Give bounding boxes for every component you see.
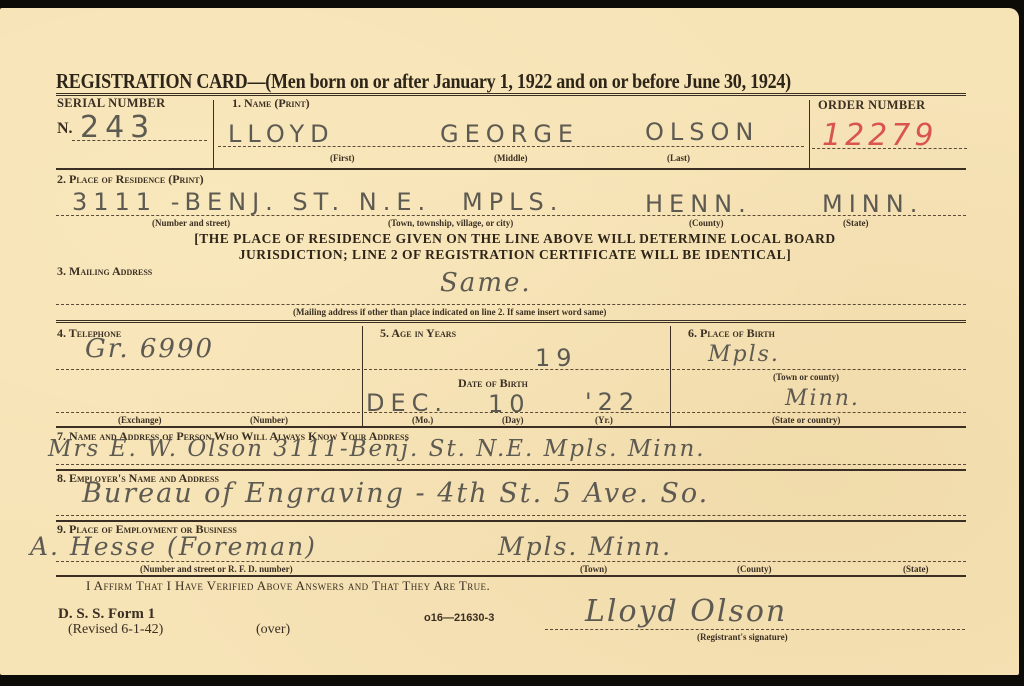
dob-day-value: 10: [488, 390, 531, 418]
number-caption: (Number): [250, 415, 288, 425]
signature-value: Lloyd Olson: [585, 594, 787, 629]
row9-bottom-rule: [56, 575, 966, 577]
serial-number-label: SERIAL NUMBER: [57, 96, 165, 111]
card-title: REGISTRATION CARD—(Men born on or after …: [56, 69, 791, 94]
title-rule: [56, 93, 966, 96]
notice-line-1: [THE PLACE OF RESIDENCE GIVEN ON THE LIN…: [110, 231, 920, 247]
birthplace-town-caption: (Town or county): [773, 372, 839, 382]
age-value: 19: [535, 344, 578, 372]
middle-caption: (Middle): [494, 153, 528, 163]
dob-dash: [364, 412, 669, 413]
telephone-value: Gr. 6990: [85, 334, 214, 364]
employer-value: Bureau of Engraving - 4th St. 5 Ave. So.: [82, 478, 709, 509]
employment-street-value: A. Hesse (Foreman): [30, 532, 317, 561]
employer-dash: [56, 515, 966, 516]
age-birth-divider: [670, 326, 671, 426]
form-name: D. S. S. Form 1: [58, 606, 155, 623]
row1-bottom-rule: [56, 168, 966, 170]
birthplace-state-value: Minn.: [785, 386, 860, 411]
county-caption: (County): [689, 218, 724, 228]
employment-dash: [56, 561, 966, 562]
telephone-dash-1: [56, 369, 360, 370]
over-note: (over): [256, 622, 290, 638]
first-name-value: LLOYD: [228, 120, 335, 148]
mailing-caption: (Mailing address if other than place ind…: [293, 307, 606, 317]
mailing-dash: [56, 304, 966, 305]
name-dash: [218, 146, 804, 147]
residence-street-value: 3111 -BENJ. ST. N.E.: [72, 188, 431, 216]
signature-dash: [545, 629, 965, 630]
employment-state-caption: (State): [903, 564, 929, 574]
serial-dash: [72, 140, 207, 141]
employment-town-value: Mpls. Minn.: [498, 532, 672, 561]
last-caption: (Last): [667, 153, 690, 163]
birthplace-label: 6. Place of Birth: [688, 326, 775, 341]
residence-county-value: HENN.: [645, 190, 752, 218]
registration-card: REGISTRATION CARD—(Men born on or after …: [0, 8, 1019, 675]
form-revised: (Revised 6-1-42): [68, 622, 163, 638]
row6-bottom-rule: [56, 426, 966, 428]
employment-street-caption: (Number and street or R. F. D. number): [140, 564, 293, 574]
residence-dash: [56, 215, 966, 216]
serial-prefix: N.: [57, 120, 73, 138]
contact-dash: [56, 464, 966, 465]
name-label: 1. Name (Print): [232, 96, 310, 111]
age-dash: [364, 369, 669, 370]
signature-caption: (Registrant's signature): [697, 632, 788, 642]
residence-town-value: MPLS.: [462, 188, 563, 216]
serial-divider: [213, 100, 214, 168]
birthplace-dash-2: [672, 412, 966, 413]
year-caption: (Yr.): [595, 415, 613, 425]
affirmation-text: I Affirm That I Have Verified Above Answ…: [86, 578, 490, 594]
order-dash: [812, 148, 967, 149]
dob-label: Date of Birth: [458, 376, 528, 391]
first-caption: (First): [330, 153, 355, 163]
birthplace-state-caption: (State or country): [772, 415, 840, 425]
town-caption: (Town, township, village, or city): [388, 218, 513, 228]
residence-label: 2. Place of Residence (Print): [57, 172, 204, 187]
notice-line-2: JURISDICTION; LINE 2 OF REGISTRATION CER…: [110, 247, 920, 263]
employment-town-caption: (Town): [580, 564, 607, 574]
order-number-label: ORDER NUMBER: [818, 98, 925, 113]
residence-state-value: MINN.: [822, 190, 923, 218]
mailing-value: Same.: [440, 268, 532, 298]
jurisdiction-notice: [THE PLACE OF RESIDENCE GIVEN ON THE LIN…: [110, 231, 920, 263]
age-label: 5. Age in Years: [380, 326, 456, 341]
exchange-caption: (Exchange): [118, 415, 162, 425]
month-caption: (Mo.): [412, 415, 433, 425]
street-caption: (Number and street): [152, 218, 230, 228]
order-divider: [809, 100, 810, 168]
form-code: o16—21630-3: [424, 612, 494, 624]
mailing-label: 3. Mailing Address: [57, 264, 152, 279]
employment-county-caption: (County): [737, 564, 772, 574]
row3-bottom-rule: [56, 320, 966, 323]
middle-name-value: GEORGE: [440, 120, 579, 148]
telephone-dash-2: [56, 412, 360, 413]
birthplace-dash-1: [672, 369, 966, 370]
last-name-value: OLSON: [645, 118, 759, 146]
contact-value: Mrs E. W. Olson 3111-Benj. St. N.E. Mpls…: [48, 436, 706, 462]
tel-age-divider: [362, 326, 363, 426]
state-caption: (State): [843, 218, 869, 228]
day-caption: (Day): [502, 415, 524, 425]
birthplace-town-value: Mpls.: [708, 342, 780, 367]
